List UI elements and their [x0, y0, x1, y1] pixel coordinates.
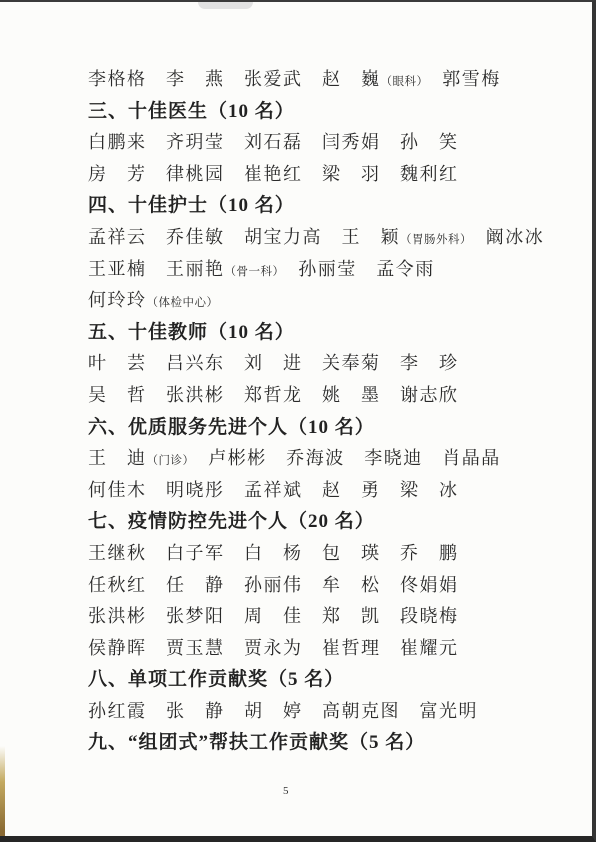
name-text: 王继秋 白子军 白 杨 包 瑛 乔 鹏	[88, 543, 459, 563]
name-text: 郭雪梅	[423, 69, 501, 89]
section-heading: 三、十佳医生（10 名）	[88, 96, 558, 128]
name-text: 白鹏来 齐玥莹 刘石磊 闫秀娟 孙 笑	[88, 132, 459, 152]
name-text: 四、十佳护士（10 名）	[88, 195, 295, 216]
name-text: 五、十佳教师（10 名）	[88, 322, 295, 343]
name-text: 六、优质服务先进个人（10 名）	[88, 417, 375, 438]
name-row: 孟祥云 乔佳敏 胡宝力高 王 颖（胃肠外科） 阚冰冰	[88, 222, 558, 254]
name-text: 孟祥云 乔佳敏 胡宝力高 王 颖	[88, 227, 400, 247]
name-row: 王继秋 白子军 白 杨 包 瑛 乔 鹏	[88, 538, 558, 570]
scan-edge-artifact	[0, 746, 5, 836]
name-text: 何玲玲	[88, 290, 147, 310]
name-text: 吴 哲 张洪彬 郑哲龙 姚 墨 谢志欣	[88, 385, 459, 405]
name-text: 孙丽莹 孟令雨	[279, 259, 435, 279]
name-text: 叶 芸 吕兴东 刘 进 关奉菊 李 珍	[88, 353, 459, 373]
name-text: 三、十佳医生（10 名）	[88, 101, 295, 122]
section-heading: 七、疫情防控先进个人（20 名）	[88, 506, 558, 538]
name-row: 何佳木 明哓彤 孟祥斌 赵 勇 梁 冰	[88, 475, 558, 507]
name-text: 王 迪	[88, 448, 147, 468]
name-text: 房 芳 律桃园 崔艳红 梁 羽 魏利红	[88, 164, 459, 184]
name-row: 何玲玲（体检中心）	[88, 285, 558, 317]
name-text: 孙红霞 张 静 胡 婷 高朝克图 富光明	[88, 701, 478, 721]
name-row: 孙红霞 张 静 胡 婷 高朝克图 富光明	[88, 696, 558, 728]
name-row: 王 迪（门诊） 卢彬彬 乔海波 李晓迪 肖晶晶	[88, 443, 558, 475]
name-row: 李格格 李 燕 张爱武 赵 巍（眼科） 郭雪梅	[88, 64, 558, 96]
name-row: 王亚楠 王丽艳（骨一科） 孙丽莹 孟令雨	[88, 254, 558, 286]
name-text: 张洪彬 张梦阳 周 佳 郑 凯 段晓梅	[88, 606, 459, 626]
name-text: 李格格 李 燕 张爱武 赵 巍	[88, 69, 381, 89]
name-row: 任秋红 任 静 孙丽伟 牟 松 佟娟娟	[88, 570, 558, 602]
name-text: 任秋红 任 静 孙丽伟 牟 松 佟娟娟	[88, 575, 459, 595]
name-row: 侯静晖 贾玉慧 贾永为 崔哲理 崔耀元	[88, 633, 558, 665]
name-text: 侯静晖 贾玉慧 贾永为 崔哲理 崔耀元	[88, 638, 459, 658]
department-annotation: （眼科）	[381, 76, 423, 88]
name-row: 叶 芸 吕兴东 刘 进 关奉菊 李 珍	[88, 348, 558, 380]
name-row: 吴 哲 张洪彬 郑哲龙 姚 墨 谢志欣	[88, 380, 558, 412]
section-heading: 五、十佳教师（10 名）	[88, 317, 558, 349]
department-annotation: （胃肠外科）	[400, 234, 466, 246]
department-annotation: （骨一科）	[225, 266, 279, 278]
scan-smudge-artifact	[198, 2, 253, 9]
page-number: 5	[283, 785, 289, 797]
section-heading: 四、十佳护士（10 名）	[88, 190, 558, 222]
name-text: 何佳木 明哓彤 孟祥斌 赵 勇 梁 冰	[88, 480, 459, 500]
name-text: 王亚楠 王丽艳	[88, 259, 225, 279]
name-row: 张洪彬 张梦阳 周 佳 郑 凯 段晓梅	[88, 601, 558, 633]
name-row: 房 芳 律桃园 崔艳红 梁 羽 魏利红	[88, 159, 558, 191]
department-annotation: （门诊）	[147, 455, 189, 467]
section-heading: 六、优质服务先进个人（10 名）	[88, 412, 558, 444]
name-text: 九、“组团式”帮扶工作贡献奖（5 名）	[88, 732, 425, 753]
name-text: 八、单项工作贡献奖（5 名）	[88, 669, 344, 690]
name-text: 七、疫情防控先进个人（20 名）	[88, 511, 375, 532]
scanned-page: 李格格 李 燕 张爱武 赵 巍（眼科） 郭雪梅三、十佳医生（10 名）白鹏来 齐…	[0, 0, 596, 842]
department-annotation: （体检中心）	[147, 297, 219, 309]
name-text: 阚冰冰	[466, 227, 544, 247]
section-heading: 九、“组团式”帮扶工作贡献奖（5 名）	[88, 727, 558, 759]
name-text: 卢彬彬 乔海波 李晓迪 肖晶晶	[189, 448, 501, 468]
document-body: 李格格 李 燕 张爱武 赵 巍（眼科） 郭雪梅三、十佳医生（10 名）白鹏来 齐…	[88, 64, 558, 759]
section-heading: 八、单项工作贡献奖（5 名）	[88, 664, 558, 696]
name-row: 白鹏来 齐玥莹 刘石磊 闫秀娟 孙 笑	[88, 127, 558, 159]
